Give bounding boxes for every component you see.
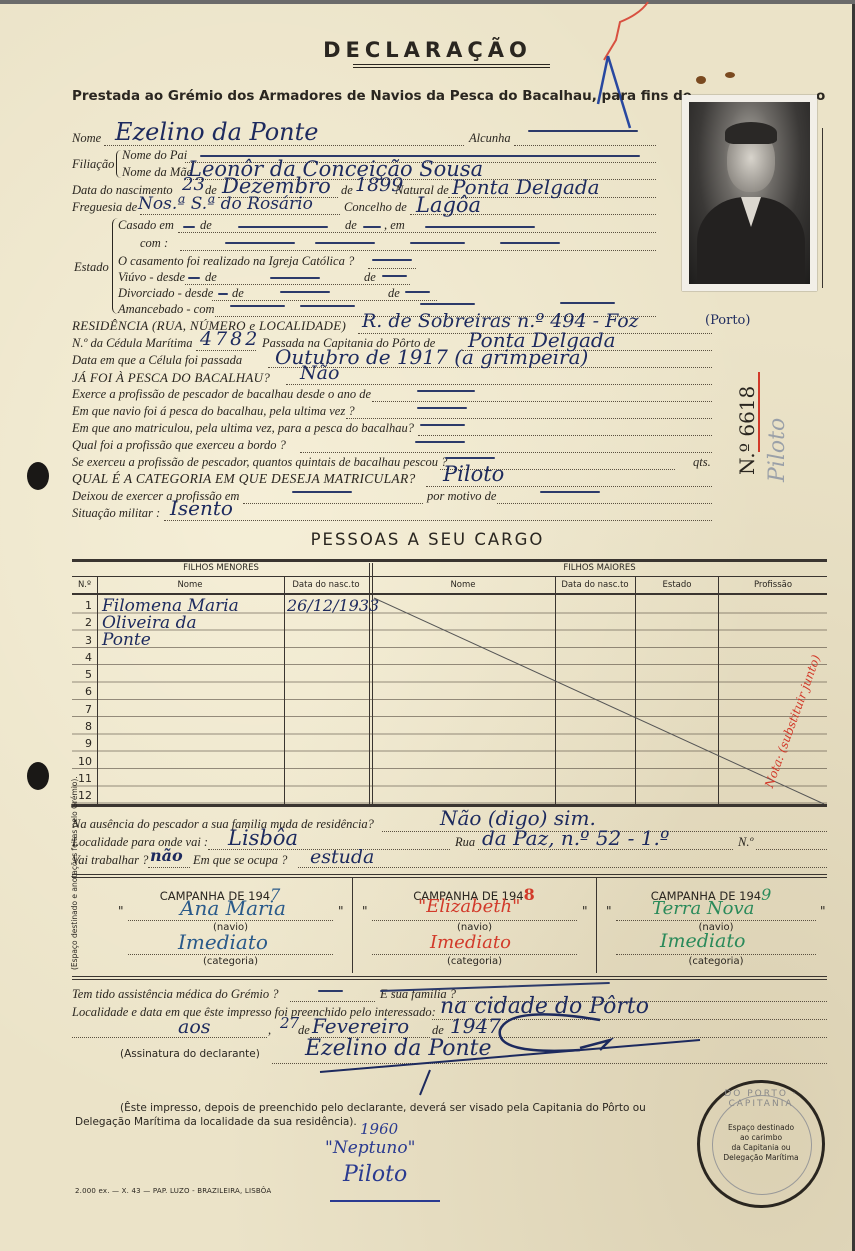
localidade-label: Localidade para onde vai : xyxy=(72,835,208,850)
campanha-1-categoria: Imediato xyxy=(178,930,268,954)
blank-dash xyxy=(560,302,615,304)
filho-data: 26/12/1933 xyxy=(287,596,379,615)
col-header-numero: N.º xyxy=(72,580,97,590)
quote-mark: " xyxy=(820,904,826,918)
col-header-profissao: Profissão xyxy=(719,580,827,590)
freguesia-label: Freguesia de xyxy=(72,200,137,215)
trabalhar-label: Vai trabalhar ? xyxy=(72,853,148,868)
quote-mark: " xyxy=(362,904,368,918)
aos-line xyxy=(72,1037,267,1038)
militar-label: Situação militar : xyxy=(72,506,160,521)
row-number: 1 xyxy=(78,597,92,614)
navio-line xyxy=(616,920,816,921)
margin-category-note: Piloto xyxy=(765,372,795,482)
maiores-header: FILHOS MAIORES xyxy=(372,563,827,573)
printer-imprint: 2.000 ex. — X. 43 — PAP. LUZO - BRAZILEI… xyxy=(75,1187,271,1195)
blank-dash xyxy=(500,242,560,244)
filiacao-label: Filiação xyxy=(72,157,114,172)
punch-hole xyxy=(27,762,49,790)
row-number: 10 xyxy=(78,753,92,770)
categoria-value: Piloto xyxy=(443,462,504,486)
blank-dash xyxy=(425,226,535,228)
igreja-label: O casamento foi realizado na Igreja Cató… xyxy=(118,254,354,269)
campanha-3-navio: Terra Nova xyxy=(652,898,754,919)
cedula-line xyxy=(196,350,256,351)
quote-mark: " xyxy=(606,904,612,918)
blank-dash xyxy=(420,424,465,426)
annotation-role: Piloto xyxy=(343,1162,407,1187)
blank-dash xyxy=(410,242,465,244)
stamp-text: Espaço destinado ao carimbo da Capitania… xyxy=(700,1123,822,1163)
campanha-1-navio: Ana Maria xyxy=(180,896,286,920)
row-number: 8 xyxy=(78,718,92,735)
de-label: de xyxy=(388,286,400,301)
categoria-line xyxy=(616,954,816,955)
qts-label: qts. xyxy=(693,455,711,470)
deixou-line xyxy=(243,503,423,504)
freguesia-line xyxy=(140,214,340,215)
data-cedula-label: Data em que a Célula foi passada xyxy=(72,353,242,368)
alcunha-blank xyxy=(528,130,638,132)
menores-header: FILHOS MENORES xyxy=(72,563,370,573)
footer-note-line1: (Êste impresso, depois de preenchido pel… xyxy=(120,1102,646,1114)
filiacao-brace xyxy=(116,150,121,178)
footer-note-line2: Delegação Marítima da localidade da sua … xyxy=(75,1116,357,1128)
blank-dash xyxy=(417,407,467,409)
margin-number-note: N.º 6618 xyxy=(735,375,765,475)
categoria-caption: (categoria) xyxy=(616,956,816,967)
divorciado-line xyxy=(212,300,437,301)
blank-dash xyxy=(315,242,375,244)
blank-dash xyxy=(372,259,412,261)
margin-number: N.º 6618 xyxy=(735,386,759,475)
blank-dash xyxy=(445,457,495,459)
col-header-nome: Nome xyxy=(97,580,283,590)
alcunha-line xyxy=(514,145,656,146)
nome-label: Nome xyxy=(72,131,101,146)
quote-mark: " xyxy=(118,904,124,918)
campanhas-bottom-rule xyxy=(72,979,827,980)
table-top-rule xyxy=(72,559,827,562)
blank-dash xyxy=(280,291,330,293)
ja-foi-value: Não xyxy=(300,362,339,384)
campanhas-top-rule xyxy=(72,877,827,878)
de-label: de xyxy=(205,270,217,285)
subtitle: Prestada ao Grémio dos Armadores de Navi… xyxy=(72,88,692,104)
campanha-2-navio: "Elizabeth" xyxy=(418,896,520,917)
categoria-line xyxy=(372,954,577,955)
blank-dash xyxy=(238,226,328,228)
red-annotation: Nota: (substituir junto) xyxy=(762,690,822,790)
casado-label: Casado em xyxy=(118,218,174,233)
pai-label: Nome do Pai xyxy=(122,148,187,163)
row-number: 2 xyxy=(78,614,92,631)
header-bottom-rule xyxy=(72,593,827,595)
rua-label: Rua xyxy=(455,835,475,850)
campanha-2-categoria: Imediato xyxy=(430,932,511,953)
motivo-line xyxy=(497,503,712,504)
ja-foi-line xyxy=(286,384,712,385)
profissao-line xyxy=(300,452,712,453)
stamp-ring-text: DO PORTO · CAPITANIA xyxy=(700,1089,822,1109)
exerce-label: Exerce a profissão de pescador de bacalh… xyxy=(72,387,371,402)
row-number: 6 xyxy=(78,683,92,700)
blank-dash xyxy=(415,441,465,443)
document-page: DECLARAÇÃO Prestada ao Grémio dos Armado… xyxy=(0,0,852,1251)
categoria-line xyxy=(128,954,333,955)
categoria-line xyxy=(426,486,712,487)
residencia-extra: (Porto) xyxy=(705,313,750,328)
passport-photo xyxy=(682,95,817,291)
casado-line xyxy=(178,232,656,233)
navio-line xyxy=(372,920,577,921)
localidade-value: Lisbôa xyxy=(228,826,298,850)
col-header-data: Data do nasc.to xyxy=(284,580,368,590)
subtitle-tail: o xyxy=(816,88,825,104)
ocupa-value: estuda xyxy=(310,846,374,868)
cedula-label: N.º da Cédula Marítima xyxy=(72,336,193,351)
campanhas-top-rule xyxy=(72,874,827,875)
alcunha-label: Alcunha xyxy=(469,131,511,146)
quote-mark: " xyxy=(582,904,588,918)
divorciado-label: Divorciado - desde xyxy=(118,286,213,301)
filho-nome: Ponte xyxy=(102,630,151,650)
document-title: DECLARAÇÃO xyxy=(0,38,855,62)
row-number: 9 xyxy=(78,735,92,752)
numero-line xyxy=(756,849,827,850)
trabalhar-line xyxy=(148,867,190,868)
navio-label: Em que navio foi á pesca do bacalhau, pe… xyxy=(72,404,355,419)
de-label: de xyxy=(345,218,357,233)
ocupa-line xyxy=(298,867,827,868)
pen-mark-icon xyxy=(590,0,670,130)
amancebado-label: Amancebado - com xyxy=(118,302,215,317)
de-label: de xyxy=(232,286,244,301)
blank-dash xyxy=(230,305,285,307)
blank-dash xyxy=(270,277,320,279)
nome-value: Ezelino da Ponte xyxy=(115,118,318,146)
em-label: , em xyxy=(384,218,405,233)
categoria-caption: (categoria) xyxy=(128,956,333,967)
capitania-stamp: DO PORTO · CAPITANIA Espaço destinado ao… xyxy=(697,1080,825,1208)
assistencia-label: Tem tido assistência médica do Grémio ? xyxy=(72,987,278,1002)
red-margin-line xyxy=(758,372,760,452)
blank-dash xyxy=(318,990,343,992)
col-header-data-maiores: Data do nasc.to xyxy=(555,580,635,590)
row-numbers: 1 2 3 4 5 6 7 8 9 10 11 12 xyxy=(78,597,94,805)
de-label: de xyxy=(200,218,212,233)
trabalhar-value: não xyxy=(150,846,183,865)
blank-dash xyxy=(218,293,228,295)
igreja-line xyxy=(368,268,416,269)
stain xyxy=(725,72,735,78)
profissao-label: Qual foi a profissão que exerceu a bordo… xyxy=(72,438,286,453)
margin-category: Piloto xyxy=(765,418,790,482)
campanhas-side-note: (Espaço destinado e anotações feitas pel… xyxy=(70,880,82,970)
categoria-caption: (categoria) xyxy=(372,956,577,967)
viuvo-label: Viúvo - desde xyxy=(118,270,185,285)
row-number: 12 xyxy=(78,787,92,804)
campanhas-bottom-rule xyxy=(72,976,827,977)
quintais-label: Se exerceu a profissão de pescador, quan… xyxy=(72,455,447,470)
muda-label: Na ausência do pescador a sua familia mu… xyxy=(72,817,374,832)
col-header-estado: Estado xyxy=(636,580,718,590)
annotation-year: 1960 xyxy=(360,1120,398,1138)
categoria-label: QUAL É A CATEGORIA EM QUE DESEJA MATRICU… xyxy=(72,471,416,487)
estado-label: Estado xyxy=(74,260,109,275)
stain xyxy=(696,76,706,84)
navio-line xyxy=(346,418,712,419)
exerce-line xyxy=(372,401,712,402)
cedula-value: 4782 xyxy=(200,328,260,350)
blank-dash xyxy=(363,226,381,228)
blank-dash xyxy=(183,226,195,228)
viuvo-line xyxy=(185,284,410,285)
ano-line xyxy=(418,435,712,436)
blank-dash xyxy=(300,305,355,307)
concelho-value: Lagôa xyxy=(416,193,481,217)
row-number: 5 xyxy=(78,666,92,683)
concelho-label: Concelho de xyxy=(344,200,407,215)
header-rule xyxy=(72,576,827,577)
blank-dash xyxy=(382,275,407,277)
blank-dash xyxy=(225,242,295,244)
col-header-nome-maiores: Nome xyxy=(372,580,554,590)
annotation-underline xyxy=(330,1200,440,1202)
navio-line xyxy=(128,920,333,921)
assinatura-label: (Assinatura do declarante) xyxy=(120,1048,260,1060)
quote-mark: " xyxy=(338,904,344,918)
militar-line xyxy=(164,520,712,521)
freguesia-value: Nos.ª S.ª do Rosário xyxy=(138,194,313,214)
scan-edge xyxy=(0,0,855,4)
de-label: de xyxy=(341,183,353,198)
row-number: 4 xyxy=(78,649,92,666)
title-underline xyxy=(353,67,550,68)
assistencia-line xyxy=(290,1001,375,1002)
blank-dash xyxy=(292,491,352,493)
comma: , xyxy=(268,1023,271,1038)
nascimento-dia: 23 xyxy=(182,174,205,195)
blank-dash xyxy=(188,277,200,279)
pessoas-title: PESSOAS A SEU CARGO xyxy=(0,530,855,549)
strike-through-line xyxy=(372,596,827,806)
militar-value: Isento xyxy=(170,496,233,520)
rua-value: da Paz, n.º 52 - 1.º xyxy=(482,826,669,850)
ano-label: Em que ano matriculou, pela ultima vez, … xyxy=(72,421,414,436)
ocupa-label: Em que se ocupa ? xyxy=(193,853,287,868)
row-number: 3 xyxy=(78,632,92,649)
title-underline xyxy=(353,64,550,65)
blank-dash xyxy=(420,303,475,305)
blank-dash xyxy=(540,491,600,493)
signature-flourish-icon xyxy=(280,1010,740,1100)
numero-label: N.º xyxy=(738,835,753,850)
blank-dash xyxy=(417,390,475,392)
row-number: 7 xyxy=(78,701,92,718)
ja-foi-label: JÁ FOI À PESCA DO BACALHAU? xyxy=(72,370,270,386)
photo-frame-line xyxy=(822,128,823,288)
com-line xyxy=(180,250,656,251)
motivo-label: por motivo de xyxy=(427,489,496,504)
campanha-3-categoria: Imediato xyxy=(660,930,745,952)
annotation-ship: "Neptuno" xyxy=(325,1138,415,1158)
aos-value: aos xyxy=(178,1016,211,1038)
com-label: com : xyxy=(140,236,168,251)
blank-dash xyxy=(405,291,430,293)
row-number: 11 xyxy=(78,770,92,787)
punch-hole xyxy=(27,462,49,490)
de-label: de xyxy=(364,270,376,285)
